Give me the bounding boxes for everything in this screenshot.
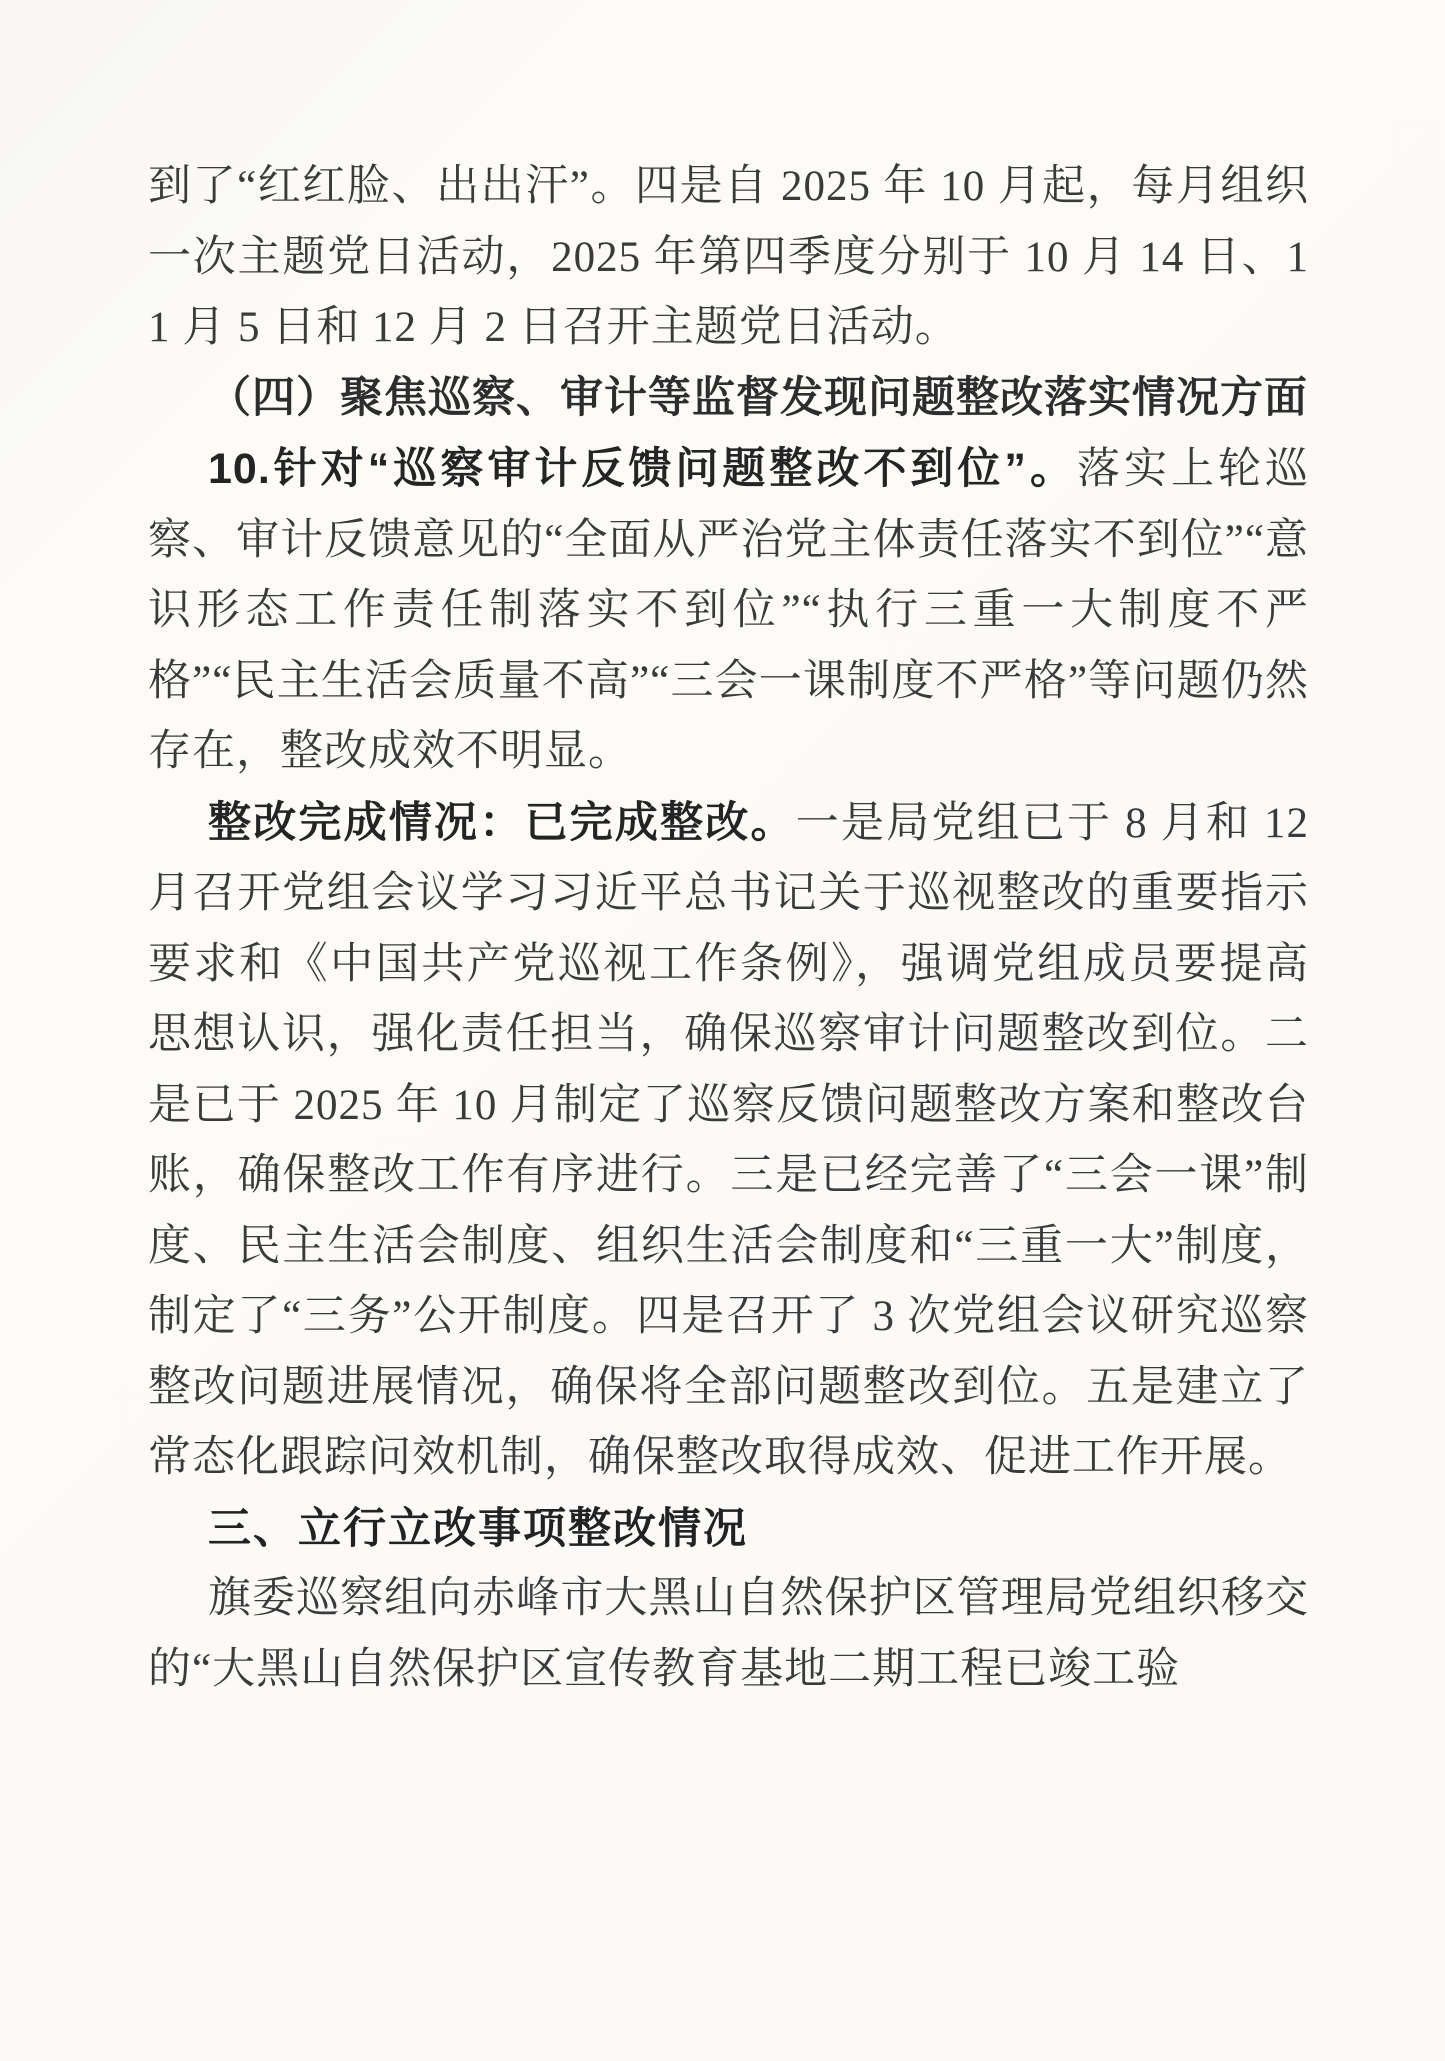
rectification-status-body-text: 一是局党组已于 8 月和 12 月召开党组会议学习习近平总书记关于巡视整改的重要… bbox=[148, 800, 1309, 1482]
item-10-body-text: 落实上轮巡察、审计反馈意见的“全面从严治党主体责任落实不到位”“意识形态工作责任… bbox=[148, 446, 1309, 775]
section-heading-three: 三、立行立改事项整改情况 bbox=[148, 1494, 1309, 1565]
section-heading-four: （四）聚焦巡察、审计等监督发现问题整改落实情况方面 bbox=[148, 364, 1309, 435]
paragraph-rectification-status: 整改完成情况：已完成整改。一是局党组已于 8 月和 12 月召开党组会议学习习近… bbox=[148, 788, 1309, 1494]
paragraph-handover: 旗委巡察组向赤峰市大黑山自然保护区管理局党组织移交的“大黑山自然保护区宣传教育基… bbox=[148, 1564, 1309, 1705]
paragraph-item-10: 10.针对“巡察审计反馈问题整改不到位”。落实上轮巡察、审计反馈意见的“全面从严… bbox=[148, 434, 1309, 788]
paragraph-continuation: 到了“红红脸、出出汗”。四是自 2025 年 10 月起，每月组织一次主题党日活… bbox=[148, 152, 1309, 364]
item-10-lead-bold: 10.针对“巡察审计反馈问题整改不到位”。 bbox=[208, 445, 1077, 493]
rectification-status-lead-bold: 整改完成情况：已完成整改。 bbox=[208, 799, 796, 847]
scanned-document-page: 到了“红红脸、出出汗”。四是自 2025 年 10 月起，每月组织一次主题党日活… bbox=[0, 0, 1445, 2061]
